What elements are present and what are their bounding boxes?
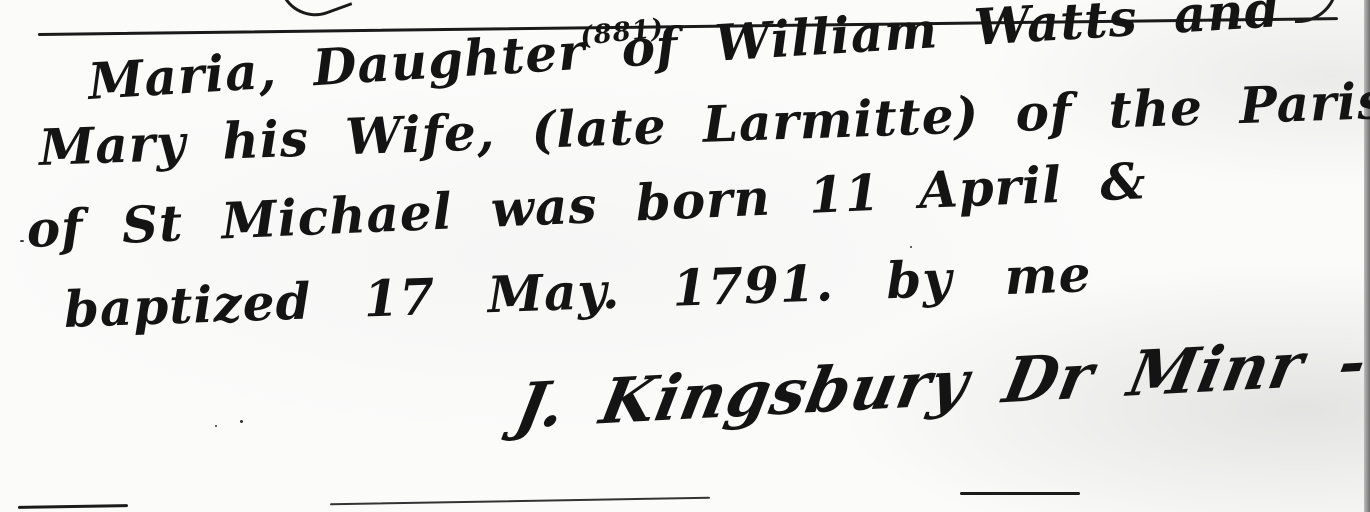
entry-line-4: baptized 17 May. 1791. by me — [63, 244, 1092, 339]
signature-underline — [960, 492, 1080, 495]
officiant-signature: J. Kingsbury Dr Minr - — [510, 325, 1370, 443]
ink-speck — [20, 240, 24, 242]
entry-separator-rule-bottom — [330, 497, 710, 506]
ink-speck — [910, 246, 912, 248]
ink-speck — [215, 425, 217, 427]
ink-speck — [240, 420, 243, 423]
entry-separator-rule-bottom-left — [18, 504, 128, 509]
register-page: (881) Maria, Daughter of William Watts a… — [0, 0, 1370, 512]
previous-entry-flourish — [281, 0, 353, 27]
